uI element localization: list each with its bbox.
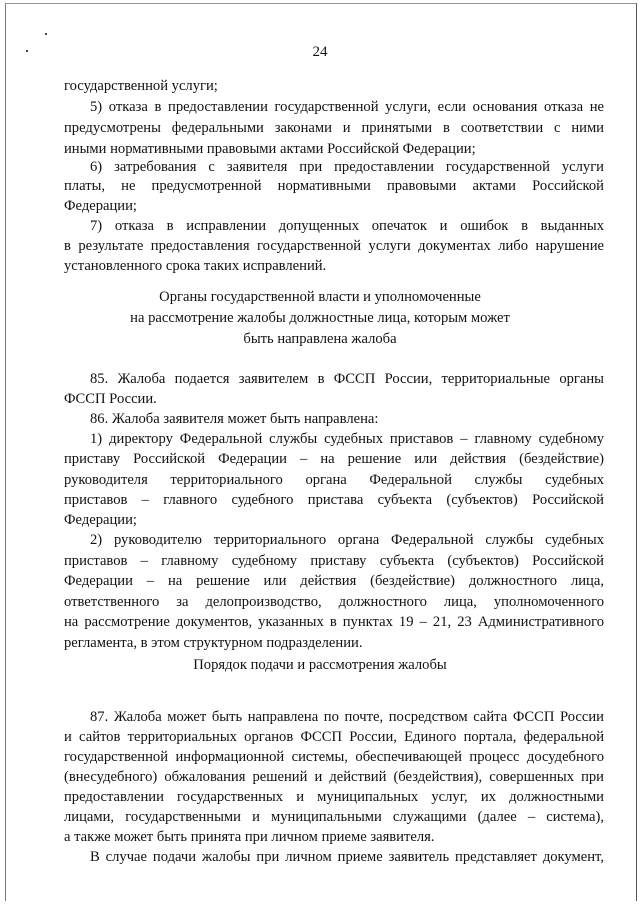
text-line: ответственного за делопроизводство, долж… <box>64 592 604 612</box>
text-line: иными нормативными правовыми актами Росс… <box>64 139 604 159</box>
section-heading: быть направлена жалоба <box>0 329 640 349</box>
text-line: 7) отказа в исправлении допущенных опеча… <box>90 216 604 236</box>
text-line: регламента, в этом структурном подраздел… <box>64 633 604 653</box>
text-line: руководителя территориального органа Фед… <box>64 470 604 490</box>
text-line: платы, не предусмотренной нормативными п… <box>64 176 604 196</box>
text-line: ФССП России. <box>64 389 604 409</box>
text-line: 5) отказа в предоставлении государственн… <box>90 97 604 117</box>
text-line: и сайтов территориальных органов ФССП Ро… <box>64 727 604 747</box>
scan-speck <box>45 33 47 35</box>
text-line: В случае подачи жалобы при личном приеме… <box>90 847 604 867</box>
text-line: а также может быть принята при личном пр… <box>64 827 604 847</box>
text-line: приставу Российской Федерации – на решен… <box>64 449 604 469</box>
section-heading: Порядок подачи и рассмотрения жалобы <box>0 655 640 675</box>
text-line: 86. Жалоба заявителя может быть направле… <box>90 409 604 429</box>
text-line: лицами, государственными и муниципальным… <box>64 807 604 827</box>
text-line: государственной услуги; <box>64 76 604 96</box>
text-line: на рассмотрение документов, указанных в … <box>64 612 604 632</box>
section-heading: на рассмотрение жалобы должностные лица,… <box>0 308 640 328</box>
text-line: предоставлении государственных и муницип… <box>64 787 604 807</box>
section-heading: Органы государственной власти и уполномо… <box>0 287 640 307</box>
text-line: 2) руководителю территориального органа … <box>90 530 604 550</box>
text-line: 85. Жалоба подается заявителем в ФССП Ро… <box>90 369 604 389</box>
text-line: Федерации – на решение или действия (без… <box>64 571 604 591</box>
text-line: (внесудебного) обжалования решений и дей… <box>64 767 604 787</box>
text-line: приставов – главного судебного пристава … <box>64 490 604 510</box>
text-line: 6) затребования с заявителя при предоста… <box>90 157 604 177</box>
text-line: установленного срока таких исправлений. <box>64 256 604 276</box>
page-number: 24 <box>0 44 640 61</box>
text-line: предусмотрены федеральными законами и пр… <box>64 118 604 138</box>
text-line: Федерации; <box>64 196 604 216</box>
text-line: 87. Жалоба может быть направлена по почт… <box>90 707 604 727</box>
text-line: Федерации; <box>64 510 604 530</box>
text-line: приставов – главному судебному приставу … <box>64 551 604 571</box>
text-line: в результате предоставления государствен… <box>64 236 604 256</box>
text-line: государственной информационной системы, … <box>64 747 604 767</box>
text-line: 1) директору Федеральной службы судебных… <box>90 429 604 449</box>
